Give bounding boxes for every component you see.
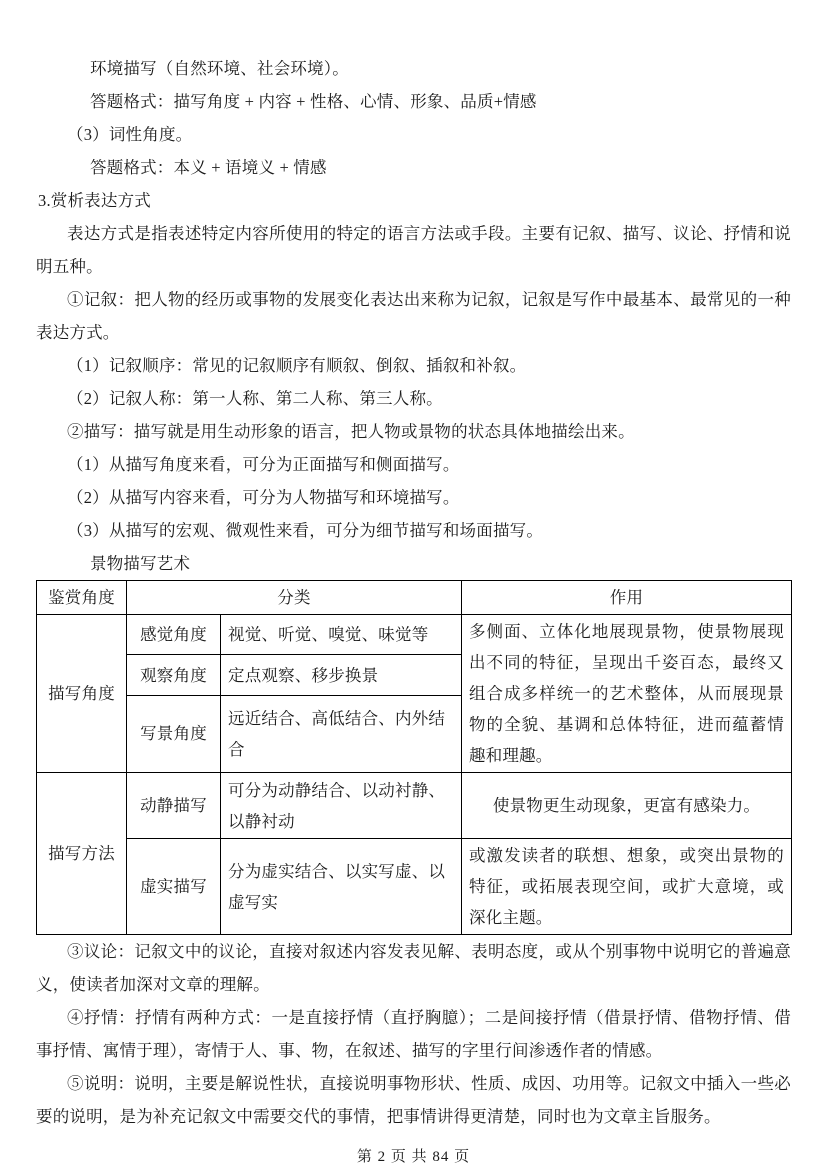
heading-expression-methods: 3.赏析表达方式 <box>36 184 791 217</box>
table-row: 描写角度 感觉角度 视觉、听觉、嗅觉、味觉等 多侧面、立体化地展现景物，使景物展… <box>37 615 792 655</box>
para-explanation: ⑤说明：说明，主要是解说性状，直接说明事物形状、性质、成因、功用等。记叙文中插入… <box>36 1067 791 1133</box>
para-scenery-art-title: 景物描写艺术 <box>36 547 791 580</box>
para-expression-intro: 表达方式是指表述特定内容所使用的特定的语言方法或手段。主要有记叙、描写、议论、抒… <box>36 217 791 283</box>
category-cell-observe-angle: 观察角度 <box>127 655 221 695</box>
classification-cell-observe: 定点观察、移步换景 <box>221 655 462 695</box>
para-answer-format-2: 答题格式：本义 + 语境义 + 情感 <box>36 151 791 184</box>
group-label-cell-desc-method: 描写方法 <box>37 773 127 935</box>
para-desc-scale: （3）从描写的宏观、微观性来看，可分为细节描写和场面描写。 <box>36 514 791 547</box>
effect-cell-motion-still: 使景物更生动现象，更富有感染力。 <box>462 773 792 839</box>
para-description: ②描写：描写就是用生动形象的语言，把人物或景物的状态具体地描绘出来。 <box>36 415 791 448</box>
effect-cell-virtual-real: 或激发读者的联想、想象，或突出景物的特征，或拓展表现空间，或扩大意境，或深化主题… <box>462 839 792 935</box>
para-lyric: ④抒情：抒情有两种方式：一是直接抒情（直抒胸臆）；二是间接抒情（借景抒情、借物抒… <box>36 1001 791 1067</box>
document-page: 环境描写（自然环境、社会环境）。 答题格式：描写角度 + 内容 + 性格、心情、… <box>0 0 827 1169</box>
header-cell-effect: 作用 <box>462 581 792 615</box>
para-narration: ①记叙：把人物的经历或事物的发展变化表达出来称为记叙，记叙是写作中最基本、最常见… <box>36 283 791 349</box>
effect-cell-desc-angle: 多侧面、立体化地展现景物，使景物展现出不同的特征，呈现出千姿百态，最终又组合成多… <box>462 615 792 773</box>
table-header-row: 鉴赏角度 分类 作用 <box>37 581 792 615</box>
para-environment-desc: 环境描写（自然环境、社会环境）。 <box>36 52 791 85</box>
para-desc-angle: （1）从描写角度来看，可分为正面描写和侧面描写。 <box>36 448 791 481</box>
para-pos-angle: （3）词性角度。 <box>36 118 791 151</box>
classification-cell-sense: 视觉、听觉、嗅觉、味觉等 <box>221 615 462 655</box>
table-row: 描写方法 动静描写 可分为动静结合、以动衬静、以静衬动 使景物更生动现象，更富有… <box>37 773 792 839</box>
category-cell-sense-angle: 感觉角度 <box>127 615 221 655</box>
category-cell-scenery-angle: 写景角度 <box>127 695 221 772</box>
para-desc-content: （2）从描写内容来看，可分为人物描写和环境描写。 <box>36 481 791 514</box>
page-number-footer: 第 2 页 共 84 页 <box>36 1141 791 1169</box>
table-row: 虚实描写 分为虚实结合、以实写虚、以虚写实 或激发读者的联想、想象，或突出景物的… <box>37 839 792 935</box>
header-cell-appreciation-angle: 鉴赏角度 <box>37 581 127 615</box>
para-narration-order: （1）记叙顺序：常见的记叙顺序有顺叙、倒叙、插叙和补叙。 <box>36 349 791 382</box>
classification-cell-scenery: 远近结合、高低结合、内外结合 <box>221 695 462 772</box>
category-cell-virtual-real: 虚实描写 <box>127 839 221 935</box>
classification-cell-motion-still: 可分为动静结合、以动衬静、以静衬动 <box>221 773 462 839</box>
classification-cell-virtual-real: 分为虚实结合、以实写虚、以虚写实 <box>221 839 462 935</box>
para-narration-person: （2）记叙人称：第一人称、第二人称、第三人称。 <box>36 382 791 415</box>
para-answer-format-1: 答题格式：描写角度 + 内容 + 性格、心情、形象、品质+情感 <box>36 85 791 118</box>
para-comment: ③议论：记叙文中的议论，直接对叙述内容发表见解、表明态度，或从个别事物中说明它的… <box>36 935 791 1001</box>
group-label-cell-desc-angle: 描写角度 <box>37 615 127 773</box>
scenery-description-table: 鉴赏角度 分类 作用 描写角度 感觉角度 视觉、听觉、嗅觉、味觉等 多侧面、立体… <box>36 580 792 935</box>
header-cell-classification: 分类 <box>127 581 462 615</box>
category-cell-motion-still: 动静描写 <box>127 773 221 839</box>
